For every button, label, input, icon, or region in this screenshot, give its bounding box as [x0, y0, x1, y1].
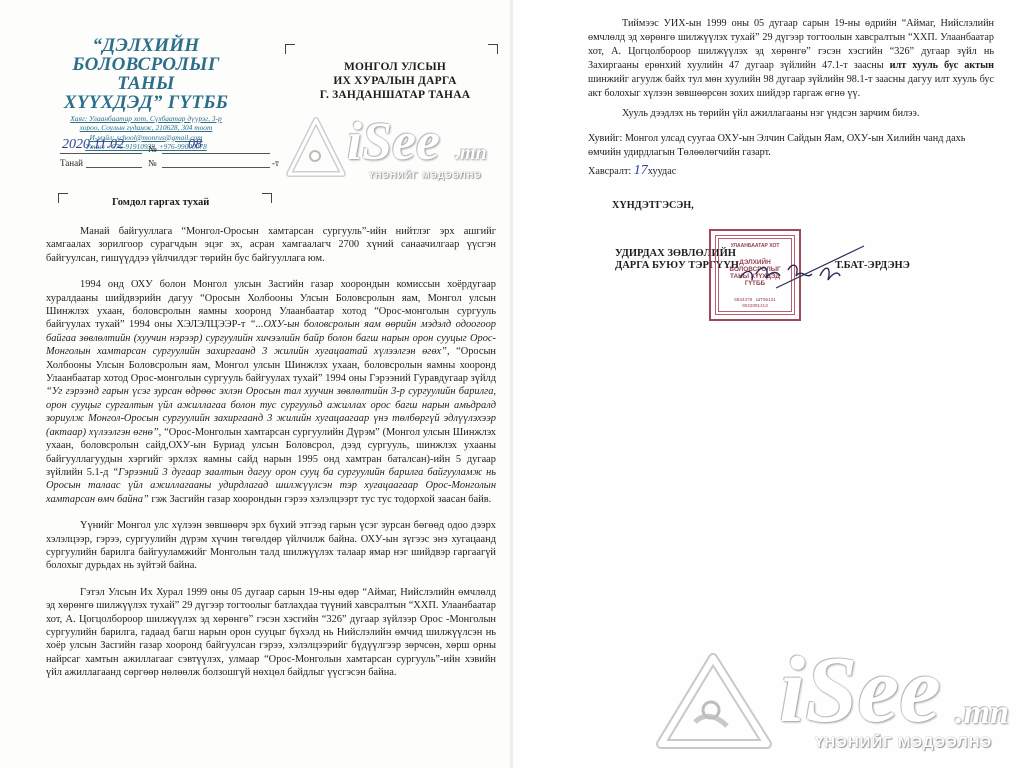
text-run: Гэтэл Улсын Их Хурал 1999 оны 05 дугаар … — [46, 587, 496, 678]
org-name-line: БОЛОВСРОЛЫГ ТАНЫ — [56, 55, 236, 93]
bracket-mark — [488, 44, 498, 54]
your-reference: Танай № -т — [60, 155, 280, 169]
body-paragraph: Манай байгууллага “Монгол-Оросын хамтарс… — [46, 225, 496, 265]
org-name-line: ХҮҮХДЭД” ГҮТББ — [56, 93, 236, 112]
principle-text: Хууль дээдлэх нь төрийн үйл ажиллагааны … — [622, 108, 919, 119]
attachment-label: Хавсралт: — [588, 166, 631, 177]
addressee-line: ИХ ХУРАЛЫН ДАРГА — [300, 74, 490, 88]
number-label: № — [148, 144, 157, 154]
subject-line: Гомдол гаргах тухай — [112, 197, 209, 208]
letter-date-number: 2020.11.02 № 08 — [60, 141, 280, 155]
letter-number: 08 — [188, 137, 202, 153]
body-paragraph: Үүнийг Монгол улс хүлээн зөвшөөрч эрх бү… — [46, 519, 496, 573]
letter-date: 2020.11.02 — [62, 137, 124, 153]
cc-line: Хувийг: Монгол улсад суугаа ОХУ-ын Элчин… — [588, 132, 998, 160]
signer-name: Т.БАТ-ЭРДЭНЭ — [835, 260, 910, 271]
your-ref-number-label: № — [148, 158, 157, 168]
bracket-mark — [285, 44, 295, 54]
emphasis: илт хууль бус актын — [890, 60, 994, 71]
attachment-line: Хавсралт: 17хуудас — [588, 164, 998, 179]
letterhead: “ДЭЛХИЙН БОЛОВСРОЛЫГ ТАНЫ ХҮҮХДЭД” ГҮТББ… — [56, 36, 236, 151]
closing: ХҮНДЭТГЭСЭН, — [612, 199, 1022, 213]
bracket-mark — [262, 193, 272, 203]
org-name-line: “ДЭЛХИЙН — [56, 36, 236, 55]
your-ref-label: Танай — [60, 158, 83, 168]
body-paragraph: 1994 онд ОХУ болон Монгол улсын Засгийн … — [46, 278, 496, 506]
org-address: хороо, Соулын гудамж, 210628, 304 тоот — [56, 123, 236, 132]
page-divider — [510, 0, 513, 768]
attachment-count: 17 — [634, 163, 648, 178]
request-paragraph: Тиймээс УИХ-ын 1999 оны 05 дугаар сарын … — [588, 17, 994, 101]
cc-label: Хувийг: — [588, 133, 622, 144]
bracket-mark — [58, 193, 68, 203]
text-run: Манай байгууллага “Монгол-Оросын хамтарс… — [46, 226, 496, 264]
stamp-code: 9022091413 — [742, 303, 768, 308]
cc-text: Монгол улсад суугаа ОХУ-ын Элчин Сайдын … — [588, 133, 965, 158]
addressee-block: МОНГОЛ УЛСЫН ИХ ХУРАЛЫН ДАРГА Г. ЗАНДАНШ… — [300, 60, 490, 102]
text-run: гэж Засгийн газар хоорондын гэрээ хэлэлц… — [149, 494, 492, 505]
text-run: шинжийг агуулж байх тул мөн хуулийн 98 д… — [588, 74, 994, 99]
addressee-line: МОНГОЛ УЛСЫН — [300, 60, 490, 74]
addressee-line: Г. ЗАНДАНШАТАР ТАНАА — [300, 88, 490, 102]
attachment-unit: хуудас — [648, 166, 676, 177]
your-ref-suffix: -т — [272, 158, 279, 168]
principle-paragraph: Хууль дээдлэх нь төрийн үйл ажиллагааны … — [588, 107, 998, 121]
letter-body: Манай байгууллага “Монгол-Оросын хамтарс… — [46, 225, 496, 693]
org-address: Хаяг: Улаанбаатар хот, Сүхбаатар дүүрэг,… — [56, 114, 236, 123]
body-paragraph: Гэтэл Улсын Их Хурал 1999 оны 05 дугаар … — [46, 586, 496, 680]
text-run: Үүнийг Монгол улс хүлээн зөвшөөрч эрх бү… — [46, 520, 496, 571]
